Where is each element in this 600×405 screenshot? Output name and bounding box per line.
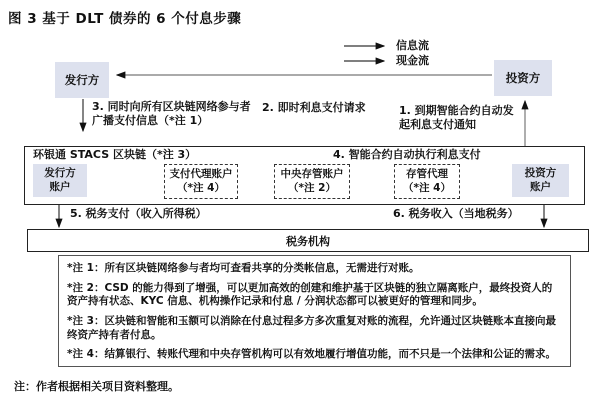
step3-line2: 广播支付信息（*注 1） (92, 114, 251, 128)
issuer-label: 发行方 (65, 72, 100, 88)
figure-title: 图 3 基于 DLT 债券的 6 个付息步骤 (8, 7, 241, 27)
custody-agent-box: 存管代理 （*注 4） (394, 164, 460, 199)
notes-box: *注 1：所有区块链网络参与者均可查看共享的分类帐信息，无需进行对账。 *注 2… (58, 255, 571, 367)
note-1: *注 1：所有区块链网络参与者均可查看共享的分类帐信息，无需进行对账。 (67, 262, 562, 276)
custody-agent-line2: （*注 4） (403, 182, 451, 195)
step5-label: 5. 税务支付（收入所得税） (70, 207, 207, 221)
investor-account-line1: 投资方 (525, 167, 557, 180)
payment-agent-account-box: 支付代理账户 （*注 4） (164, 164, 238, 199)
csd-account-line2: （*注 2） (288, 182, 336, 195)
tax-authority-box: 税务机构 (27, 229, 589, 252)
step4-label: 4. 智能合约自动执行利息支付 (333, 148, 481, 162)
note-3: *注 3：区块链和智能和玉额可以消除在付息过程多方多次重复对账的流程，允许通过区… (67, 315, 562, 342)
investor-box: 投资方 (494, 60, 552, 96)
legend-cash-flow-label: 现金流 (396, 54, 429, 68)
blockchain-container: 环银通 STACS 区块链（*注 3） 4. 智能合约自动执行利息支付 发行方 … (24, 146, 585, 205)
investor-account-box: 投资方 账户 (512, 164, 569, 197)
issuer-account-box: 发行方 账户 (33, 164, 87, 197)
source-note: 注：作者根据相关项目资料整理。 (14, 378, 179, 394)
legend-info-flow-label: 信息流 (396, 39, 429, 53)
issuer-box: 发行方 (55, 62, 109, 98)
tax-authority-label: 税务机构 (286, 233, 330, 249)
step1-line2: 起利息支付通知 (399, 118, 514, 132)
issuer-account-line2: 账户 (50, 181, 71, 194)
step2-label: 2. 即时利息支付请求 (262, 101, 366, 115)
payment-agent-line1: 支付代理账户 (170, 168, 233, 181)
step1-line1: 1. 到期智能合约自动发 (399, 104, 514, 118)
figure-dlt-bond-payment-steps: 图 3 基于 DLT 债券的 6 个付息步骤 信息流 现金流 发行方 投资方 3… (0, 0, 600, 405)
note-2: *注 2：CSD 的能力得到了增强，可以更加高效的创建和维护基于区块链的独立隔离… (67, 282, 562, 309)
investor-account-line2: 账户 (530, 181, 551, 194)
custody-agent-line1: 存管代理 (406, 168, 448, 181)
step3-label: 3. 同时向所有区块链网络参与者 广播支付信息（*注 1） (92, 100, 251, 129)
blockchain-label: 环银通 STACS 区块链（*注 3） (33, 148, 196, 162)
issuer-account-line1: 发行方 (44, 167, 76, 180)
step6-label: 6. 税务收入（当地税务） (393, 207, 519, 221)
note-4: *注 4：结算银行、转账代理和中央存管机构可以有效地履行增值功能，而不只是一个法… (67, 348, 562, 362)
investor-label: 投资方 (506, 70, 541, 86)
step1-label: 1. 到期智能合约自动发 起利息支付通知 (399, 104, 514, 133)
csd-account-box: 中央存管账户 （*注 2） (274, 164, 350, 199)
payment-agent-line2: （*注 4） (177, 182, 225, 195)
csd-account-line1: 中央存管账户 (281, 168, 344, 181)
step3-line1: 3. 同时向所有区块链网络参与者 (92, 100, 251, 114)
